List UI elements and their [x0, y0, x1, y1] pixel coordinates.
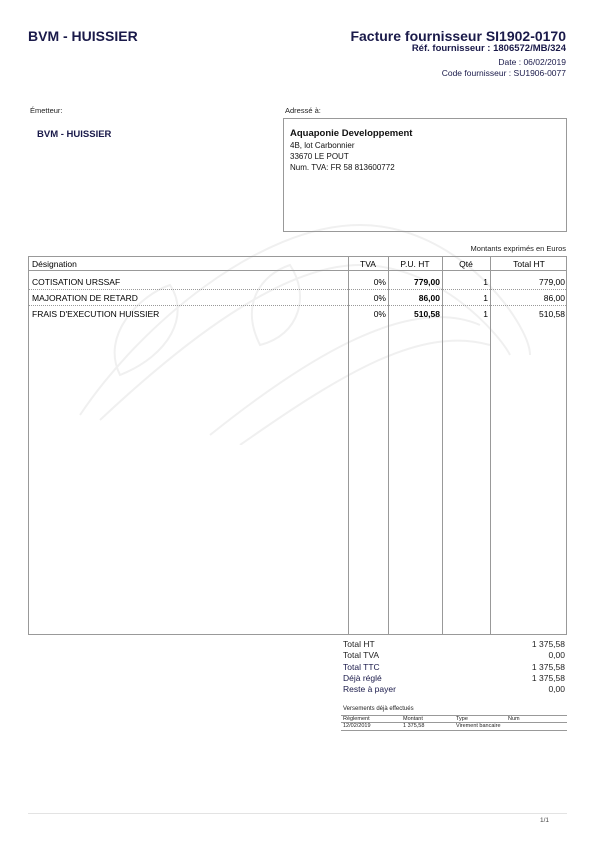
- recipient-address-box: Aquaponie Developpement 4B, lot Carbonni…: [283, 118, 567, 232]
- line-designation: MAJORATION DE RETARD: [32, 291, 138, 305]
- total-ttc-label: Total TTC: [343, 662, 380, 673]
- totals-block: Total HT 1 375,58 Total TVA 0,00 Total T…: [343, 639, 565, 695]
- total-ttc-row: Total TTC 1 375,58: [343, 662, 565, 673]
- sender-label: Émetteur:: [30, 106, 63, 115]
- column-header-total-ht: Total HT: [490, 257, 568, 271]
- payment-type: Virement bancaire: [456, 723, 501, 730]
- line-tva: 0%: [348, 275, 386, 289]
- supplier-reference: Réf. fournisseur : 1806572/MB/324: [412, 43, 566, 54]
- already-paid-value: 1 375,58: [532, 673, 565, 684]
- line-total-ht: 779,00: [490, 275, 565, 289]
- line-quantity: 1: [442, 291, 488, 305]
- table-row: MAJORATION DE RETARD 0% 86,00 1 86,00: [29, 290, 566, 306]
- payment-date: 12/02/2019: [343, 723, 371, 730]
- line-total-ht: 510,58: [490, 307, 565, 321]
- payments-col-date: Règlement: [343, 716, 370, 723]
- recipient-vat-number: Num. TVA: FR 58 813600772: [290, 162, 560, 173]
- column-header-unit-price: P.U. HT: [388, 257, 442, 271]
- payments-col-num: Num: [508, 716, 520, 723]
- total-ttc-value: 1 375,58: [532, 662, 565, 673]
- line-quantity: 1: [442, 275, 488, 289]
- line-designation: FRAIS D'EXECUTION HUISSIER: [32, 307, 159, 321]
- recipient-name: Aquaponie Developpement: [290, 128, 560, 140]
- invoice-lines-table: Désignation TVA P.U. HT Qté Total HT COT…: [28, 256, 567, 635]
- total-ht-value: 1 375,58: [532, 639, 565, 650]
- recipient-label: Adressé à:: [285, 106, 321, 115]
- table-row: FRAIS D'EXECUTION HUISSIER 0% 510,58 1 5…: [29, 306, 566, 322]
- invoice-title: Facture fournisseur SI1902-0170: [350, 28, 566, 44]
- remaining-label: Reste à payer: [343, 684, 396, 695]
- supplier-code: Code fournisseur : SU1906-0077: [442, 68, 566, 78]
- table-header: Désignation TVA P.U. HT Qté Total HT: [29, 257, 566, 271]
- total-ht-row: Total HT 1 375,58: [343, 639, 565, 650]
- company-name: BVM - HUISSIER: [28, 28, 138, 44]
- line-tva: 0%: [348, 291, 386, 305]
- column-header-designation: Désignation: [32, 257, 77, 271]
- column-header-quantity: Qté: [442, 257, 490, 271]
- line-designation: COTISATION URSSAF: [32, 275, 120, 289]
- remaining-value: 0,00: [548, 684, 565, 695]
- recipient-address-line: 4B, lot Carbonnier: [290, 140, 560, 151]
- payments-title: Versements déjà effectués: [343, 706, 414, 712]
- line-unit-price: 779,00: [388, 275, 440, 289]
- payments-table: Règlement Montant Type Num 12/02/2019 1 …: [341, 715, 567, 731]
- currency-note: Montants exprimés en Euros: [471, 244, 566, 253]
- line-unit-price: 86,00: [388, 291, 440, 305]
- recipient-address-line: 33670 LE POUT: [290, 151, 560, 162]
- payment-amount: 1 375,58: [403, 723, 424, 730]
- table-row: COTISATION URSSAF 0% 779,00 1 779,00: [29, 274, 566, 290]
- footer-divider: [28, 813, 567, 814]
- line-tva: 0%: [348, 307, 386, 321]
- payments-col-amount: Montant: [403, 716, 423, 723]
- sender-name: BVM - HUISSIER: [37, 129, 111, 140]
- payments-header: Règlement Montant Type Num: [341, 715, 567, 723]
- line-total-ht: 86,00: [490, 291, 565, 305]
- page-number: 1/1: [540, 817, 549, 824]
- invoice-date: Date : 06/02/2019: [498, 57, 566, 67]
- total-tva-value: 0,00: [548, 650, 565, 661]
- total-ht-label: Total HT: [343, 639, 375, 650]
- remaining-row: Reste à payer 0,00: [343, 684, 565, 695]
- column-header-tva: TVA: [348, 257, 388, 271]
- total-tva-row: Total TVA 0,00: [343, 650, 565, 661]
- line-quantity: 1: [442, 307, 488, 321]
- line-unit-price: 510,58: [388, 307, 440, 321]
- payment-row: 12/02/2019 1 375,58 Virement bancaire: [341, 723, 567, 731]
- already-paid-label: Déjà réglé: [343, 673, 382, 684]
- total-tva-label: Total TVA: [343, 650, 379, 661]
- payments-col-type: Type: [456, 716, 468, 723]
- already-paid-row: Déjà réglé 1 375,58: [343, 673, 565, 684]
